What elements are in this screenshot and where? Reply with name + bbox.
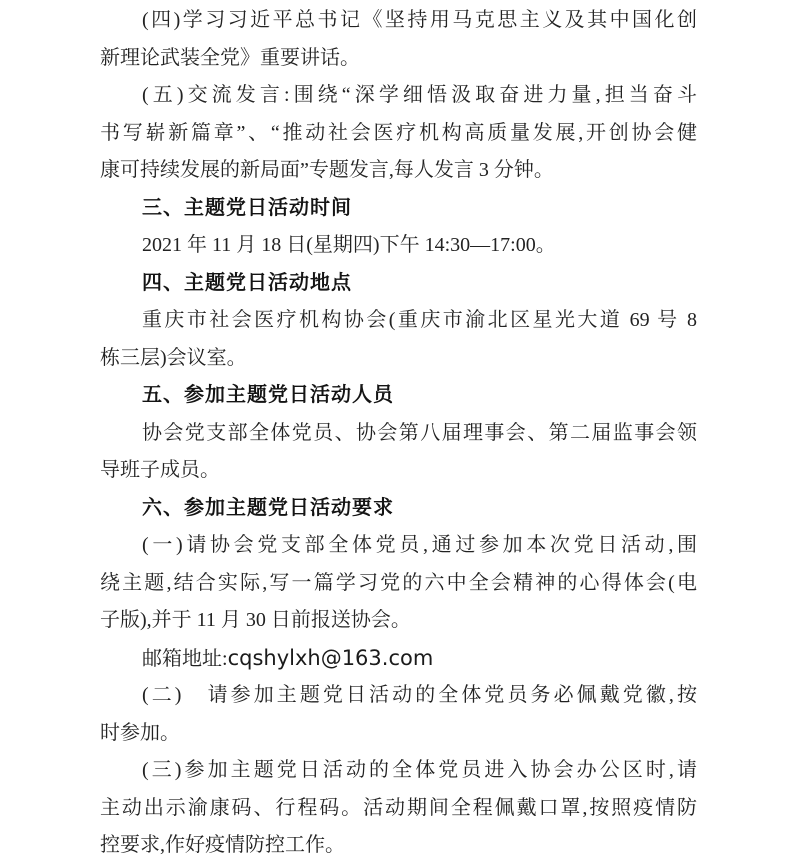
text-line: 导班子成员。 bbox=[100, 452, 697, 490]
text-line: 协会党支部全体党员、协会第八届理事会、第二届监事会领 bbox=[100, 415, 697, 453]
paragraph: 协会党支部全体党员、协会第八届理事会、第二届监事会领导班子成员。 bbox=[100, 415, 697, 490]
paragraph: (三)参加主题党日活动的全体党员进入协会办公区时,请主动出示渝康码、行程码。活动… bbox=[100, 752, 697, 859]
text-line: 控要求,作好疫情防控工作。 bbox=[100, 827, 697, 859]
section-heading: 三、主题党日活动时间 bbox=[100, 190, 697, 228]
text-line: 主动出示渝康码、行程码。活动期间全程佩戴口罩,按照疫情防 bbox=[100, 790, 697, 828]
text-line: (四)学习习近平总书记《坚持用马克思主义及其中国化创 bbox=[100, 2, 697, 40]
paragraph: (一)请协会党支部全体党员,通过参加本次党日活动,围绕主题,结合实际,写一篇学习… bbox=[100, 527, 697, 640]
text-line: 书写崭新篇章”、“推动社会医疗机构高质量发展,开创协会健 bbox=[100, 115, 697, 153]
paragraph: 六、参加主题党日活动要求 bbox=[100, 490, 697, 528]
section-heading: 六、参加主题党日活动要求 bbox=[100, 490, 697, 528]
paragraph: 重庆市社会医疗机构协会(重庆市渝北区星光大道 69 号 8栋三层)会议室。 bbox=[100, 302, 697, 377]
document-content: (四)学习习近平总书记《坚持用马克思主义及其中国化创新理论武装全党》重要讲话。(… bbox=[100, 2, 697, 859]
paragraph: 邮箱地址:cqshylxh@163.com bbox=[100, 640, 697, 678]
paragraph: (四)学习习近平总书记《坚持用马克思主义及其中国化创新理论武装全党》重要讲话。 bbox=[100, 2, 697, 77]
email-address: cqshylxh@163.com bbox=[228, 646, 434, 670]
text-line: 新理论武装全党》重要讲话。 bbox=[100, 40, 697, 78]
text-line: (三)参加主题党日活动的全体党员进入协会办公区时,请 bbox=[100, 752, 697, 790]
text-line: 子版),并于 11 月 30 日前报送协会。 bbox=[100, 602, 697, 640]
text-line: 2021 年 11 月 18 日(星期四)下午 14:30—17:00。 bbox=[100, 227, 697, 265]
text-line: 栋三层)会议室。 bbox=[100, 340, 697, 378]
paragraph: 2021 年 11 月 18 日(星期四)下午 14:30—17:00。 bbox=[100, 227, 697, 265]
section-heading: 五、参加主题党日活动人员 bbox=[100, 377, 697, 415]
text-line: 时参加。 bbox=[100, 715, 697, 753]
paragraph: 五、参加主题党日活动人员 bbox=[100, 377, 697, 415]
text-line: 绕主题,结合实际,写一篇学习党的六中全会精神的心得体会(电 bbox=[100, 565, 697, 603]
email-label: 邮箱地址: bbox=[142, 648, 228, 670]
text-line: 重庆市社会医疗机构协会(重庆市渝北区星光大道 69 号 8 bbox=[100, 302, 697, 340]
paragraph: 四、主题党日活动地点 bbox=[100, 265, 697, 303]
text-line: (一)请协会党支部全体党员,通过参加本次党日活动,围 bbox=[100, 527, 697, 565]
paragraph: (二) 请参加主题党日活动的全体党员务必佩戴党徽,按时参加。 bbox=[100, 677, 697, 752]
email-line: 邮箱地址:cqshylxh@163.com bbox=[100, 640, 697, 678]
paragraph: (五)交流发言:围绕“深学细悟汲取奋进力量,担当奋斗书写崭新篇章”、“推动社会医… bbox=[100, 77, 697, 190]
section-heading: 四、主题党日活动地点 bbox=[100, 265, 697, 303]
text-line: 康可持续发展的新局面”专题发言,每人发言 3 分钟。 bbox=[100, 152, 697, 190]
text-line: (二) 请参加主题党日活动的全体党员务必佩戴党徽,按 bbox=[100, 677, 697, 715]
paragraph: 三、主题党日活动时间 bbox=[100, 190, 697, 228]
text-line: (五)交流发言:围绕“深学细悟汲取奋进力量,担当奋斗 bbox=[100, 77, 697, 115]
document-page: (四)学习习近平总书记《坚持用马克思主义及其中国化创新理论武装全党》重要讲话。(… bbox=[0, 0, 793, 859]
